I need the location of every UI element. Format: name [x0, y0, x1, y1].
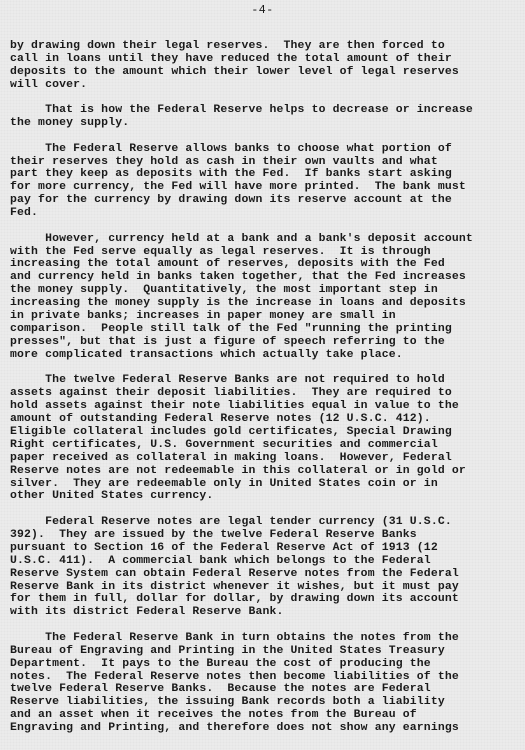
text-line: 392). They are issued by the twelve Fede… [10, 529, 525, 542]
text-line: Federal Reserve notes are legal tender c… [10, 516, 525, 529]
paragraph: The Federal Reserve allows banks to choo… [10, 143, 525, 220]
text-line: Department. It pays to the Bureau the co… [10, 658, 525, 671]
text-line: Reserve System can obtain Federal Reserv… [10, 568, 525, 581]
text-line: presses", but that is just a figure of s… [10, 336, 525, 349]
text-line: amount of outstanding Federal Reserve no… [10, 413, 525, 426]
text-line: Reserve notes are not redeemable in this… [10, 465, 525, 478]
paragraph: Federal Reserve notes are legal tender c… [10, 516, 525, 619]
text-line: pursuant to Section 16 of the Federal Re… [10, 542, 525, 555]
paragraph: The twelve Federal Reserve Banks are not… [10, 374, 525, 503]
text-line: other United States currency. [10, 490, 525, 503]
paragraph: by drawing down their legal reserves. Th… [10, 40, 525, 92]
text-line: However, currency held at a bank and a b… [10, 233, 525, 246]
text-line: by drawing down their legal reserves. Th… [10, 40, 525, 53]
text-line: more complicated transactions which actu… [10, 349, 525, 362]
text-line: will cover. [10, 79, 525, 92]
text-line: comparison. People still talk of the Fed… [10, 323, 525, 336]
text-line: call in loans until they have reduced th… [10, 53, 525, 66]
text-line: Engraving and Printing, and therefore do… [10, 722, 525, 735]
paragraph: The Federal Reserve Bank in turn obtains… [10, 632, 525, 735]
text-line: Eligible collateral includes gold certif… [10, 426, 525, 439]
text-line: deposits to the amount which their lower… [10, 66, 525, 79]
text-line: Right certificates, U.S. Government secu… [10, 439, 525, 452]
text-line: with its district Federal Reserve Bank. [10, 606, 525, 619]
text-line: pay for the currency by drawing down its… [10, 194, 525, 207]
text-line: paper received as collateral in making l… [10, 452, 525, 465]
paragraph: That is how the Federal Reserve helps to… [10, 104, 525, 130]
paragraph: However, currency held at a bank and a b… [10, 233, 525, 362]
text-line: The Federal Reserve Bank in turn obtains… [10, 632, 525, 645]
document-body: by drawing down their legal reserves. Th… [10, 40, 525, 748]
text-line: Bureau of Engraving and Printing in the … [10, 645, 525, 658]
text-line: Fed. [10, 207, 525, 220]
text-line: U.S.C. 411). A commercial bank which bel… [10, 555, 525, 568]
text-line: The Federal Reserve allows banks to choo… [10, 143, 525, 156]
document-page: -4- by drawing down their legal reserves… [0, 0, 525, 750]
text-line: the money supply. [10, 117, 525, 130]
page-number: -4- [0, 4, 525, 17]
